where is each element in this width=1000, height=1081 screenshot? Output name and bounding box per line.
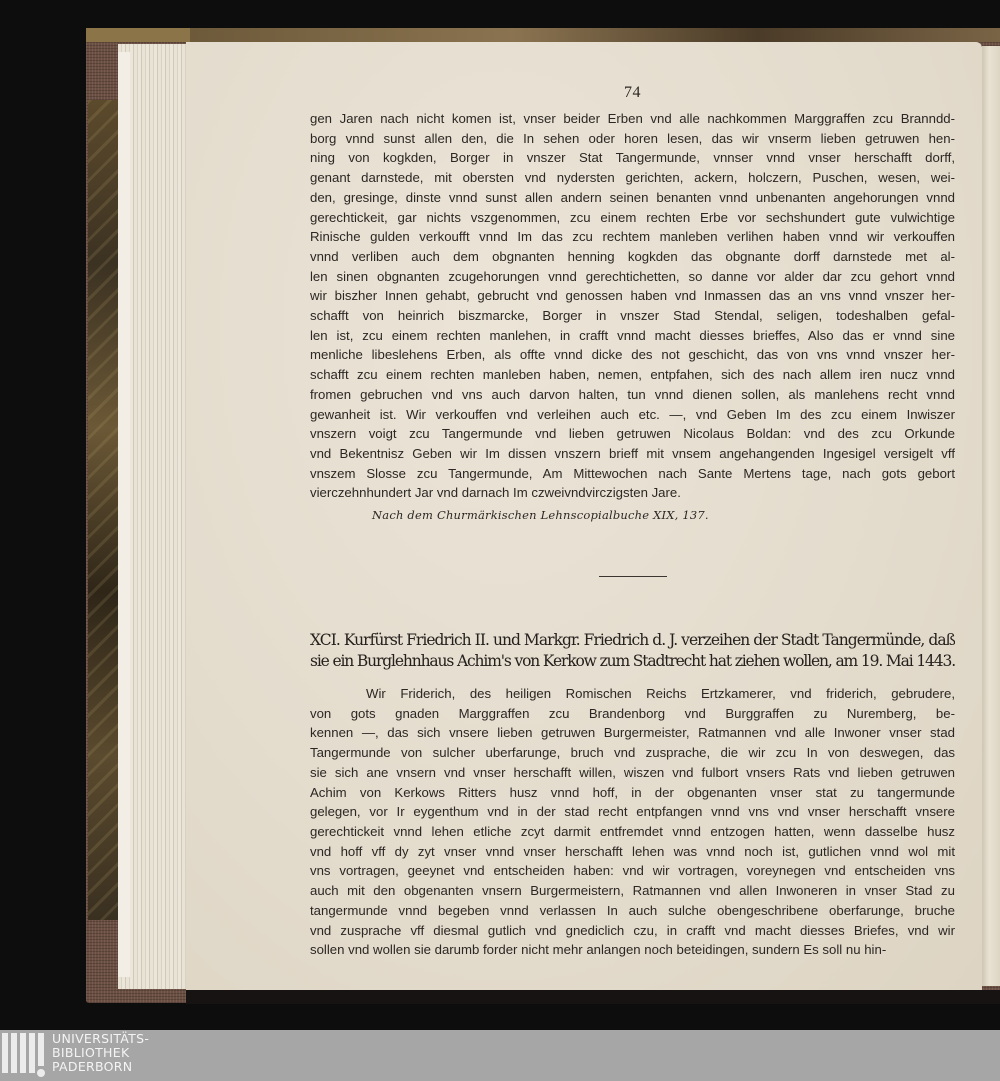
charter-text-paragraph: gen Jaren nach nicht komen ist, vnser be… — [310, 109, 955, 503]
cover-corner — [86, 28, 196, 42]
text-line: vnd zusprache vff diesmal gutlich vnd gn… — [310, 921, 955, 941]
page-number: 74 — [310, 84, 955, 102]
text-line: XCI. Kurfürst Friedrich II. und Markgr. … — [310, 630, 955, 651]
text-line: von gots gnaden Marggraffen zcu Brandenb… — [310, 704, 955, 724]
text-line: Wir Friderich, des heiligen Romischen Re… — [310, 684, 955, 704]
text-line: auch mit den obgenanten vnsern Burgermei… — [310, 881, 955, 901]
text-line: gelegen, vor Ir eygenthum vnd in der sta… — [310, 802, 955, 822]
text-line: sie ein Burglehnhaus Achim's von Kerkow … — [310, 651, 955, 672]
library-logo-icon — [0, 1033, 46, 1079]
text-line: genant darnstede, mit obersten vnd nyder… — [310, 168, 955, 188]
text-line: vns vortragen, geeynet vnd entscheiden h… — [310, 861, 955, 881]
text-line: borg vnnd sunst allen den, die In sehen … — [310, 129, 955, 149]
page-content: 74 gen Jaren nach nicht komen ist, vnser… — [310, 84, 955, 960]
text-line: vnd Bekentnisz Geben wir Im dissen vnsze… — [310, 444, 955, 464]
text-line: sie sich ane vnsern vnd vnser herschafft… — [310, 763, 955, 783]
text-line: vnd hoff vff dy zyt vnser vnnd vnser her… — [310, 842, 955, 862]
text-line: ning von kogkden, Borger in vnszer Stat … — [310, 148, 955, 168]
text-line: gerechtickeit vnnd lehen etliche zcyt da… — [310, 822, 955, 842]
text-line: len sinen obgnanten zcugehorungen vnnd g… — [310, 267, 955, 287]
cover-top-band — [190, 28, 1000, 42]
text-line: schafft von heinrich biszmarcke, Borger … — [310, 306, 955, 326]
text-line: gerechtickeit, gar nichts vszgenommen, z… — [310, 208, 955, 228]
text-line: sollen vnd wollen sie darumb forder nich… — [310, 940, 955, 960]
library-name-line1: UNIVERSITÄTS- — [52, 1032, 149, 1046]
text-line: schafft zcu einem rechten manleben haben… — [310, 365, 955, 385]
text-line: wir biszher Innen gehabt, gebrucht vnd g… — [310, 286, 955, 306]
text-line: kennen —, das sich vnsere lieben getruwe… — [310, 723, 955, 743]
library-name-line2: BIBLIOTHEK — [52, 1046, 149, 1060]
text-line: tangermunde vnnd begeben vnnd verlassen … — [310, 901, 955, 921]
facing-page-edge — [982, 46, 1000, 986]
text-line: Rinische gulden verkoufft vnnd Im das zc… — [310, 227, 955, 247]
text-line: Tangermunde von sulcher uberfarunge, bru… — [310, 743, 955, 763]
charter-text-paragraph-2: Wir Friderich, des heiligen Romischen Re… — [310, 684, 955, 960]
text-line: fromen gebruchen vnd vns auch darvon hal… — [310, 385, 955, 405]
library-name: UNIVERSITÄTS- BIBLIOTHEK PADERBORN — [52, 1032, 149, 1074]
text-line: gewanheit ist. Wir verkouffen vnd verlei… — [310, 405, 955, 425]
text-line: Achim von Kerkows Ritters husz vnnd hoff… — [310, 783, 955, 803]
page-stack-front — [118, 52, 130, 977]
text-line: gen Jaren nach nicht komen ist, vnser be… — [310, 109, 955, 129]
text-line: len ist, zcu einem rechten manlehen, in … — [310, 326, 955, 346]
text-line: menliche libeslehens Erben, als offte vn… — [310, 345, 955, 365]
page-bottom-shadow — [186, 990, 1000, 1004]
marbled-endpaper — [88, 100, 120, 920]
text-line: vnnd verliben auch dem obgnanten henning… — [310, 247, 955, 267]
text-line: vnszem Slosse zcu Tangermunde, Am Mittew… — [310, 464, 955, 484]
section-divider — [599, 576, 667, 577]
source-citation: Nach dem Churmärkischen Lehnscopialbuche… — [372, 508, 955, 522]
text-line: vierczehnhundert Jar vnd darnach Im czwe… — [310, 483, 955, 503]
text-line: den, gresinge, dinste vnnd sunst allen a… — [310, 188, 955, 208]
library-name-line3: PADERBORN — [52, 1060, 149, 1074]
document-heading: XCI. Kurfürst Friedrich II. und Markgr. … — [310, 630, 955, 672]
library-banner — [0, 1030, 1000, 1081]
text-line: vnszern voigt zcu Tangermunde vnd lieben… — [310, 424, 955, 444]
